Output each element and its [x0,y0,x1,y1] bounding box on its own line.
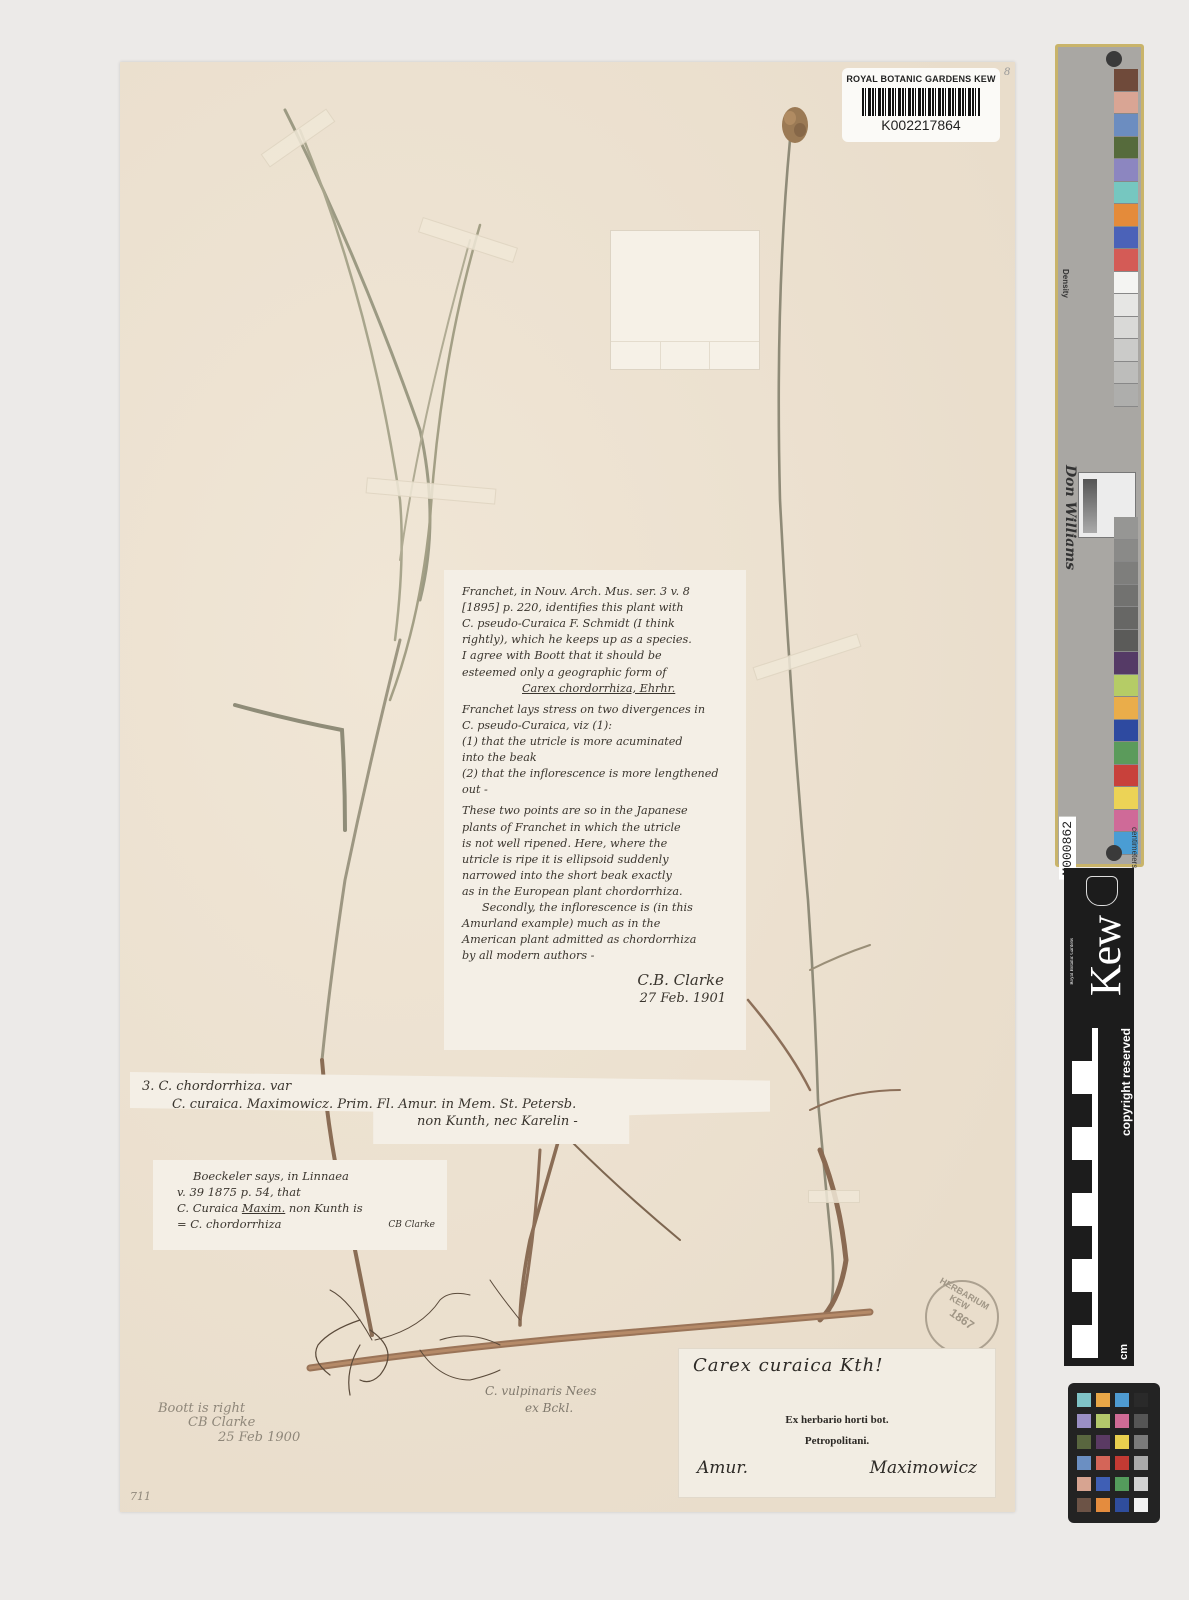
locality: Amur. [697,1458,748,1478]
color-swatch [1114,137,1138,160]
kew-logo: Kew [1080,916,1131,996]
color-swatch [1114,585,1138,608]
note-line: I agree with Boott that it should be [462,648,736,663]
barcode-number: K002217864 [842,117,1000,133]
color-swatch [1114,562,1138,585]
note-line: rightly), which he keeps up as a species… [462,632,736,647]
note-line: Secondly, the inflorescence is (in this [462,900,736,915]
brand-text: Don Williams [1062,465,1078,570]
density-label: Density [1061,269,1070,298]
collector: Maximowicz [870,1458,977,1478]
color-swatch [1114,765,1138,788]
color-swatch [1114,652,1138,675]
printed-origin: Ex herbario horti bot. Petropolitani. [693,1410,981,1452]
herbarium-stamp: HERBARIUM KEW 1867 [925,1280,999,1354]
note-line: is not well ripened. Here, where the [462,836,736,851]
color-swatch [1134,1393,1148,1407]
color-swatch [1114,742,1138,765]
note-line: (2) that the inflorescence is more lengt… [462,766,736,781]
boeckeler-line-4: = C. chordorrhiza CB Clarke [177,1216,435,1232]
color-swatch [1114,249,1138,272]
packet-flap [611,341,759,369]
color-swatch [1096,1414,1110,1428]
fragment-packet[interactable] [610,230,760,370]
note-date: 27 Feb. 1901 [462,990,736,1008]
color-swatch [1114,159,1138,182]
pencil-number: 711 [130,1490,151,1503]
color-swatch [1134,1414,1148,1428]
note-line: American plant admitted as chordorrhiza [462,932,736,947]
color-swatch [1114,787,1138,810]
note-line: [1895] p. 220, identifies this plant wit… [462,600,736,615]
color-swatch [1115,1393,1129,1407]
note-line: esteemed only a geographic form of [462,665,736,680]
note-line-taxon: Carex chordorrhiza, Ehrhr. [462,681,736,696]
note-line: as in the European plant chordorrhiza. [462,884,736,899]
note-line: narrowed into the short beak exactly [462,868,736,883]
note-line: (1) that the utricle is more acuminated [462,734,736,749]
color-swatch [1115,1435,1129,1449]
color-swatch [1115,1414,1129,1428]
mounting-tape [808,1190,860,1203]
royal-crest-icon [1086,876,1118,906]
determination-label: Carex curaica Kth! Ex herbario horti bot… [678,1348,996,1498]
color-swatch [1114,272,1138,295]
color-swatch [1114,182,1138,205]
color-swatch [1114,294,1138,317]
color-patches-top [1114,69,1138,407]
boeckeler-note: Boeckeler says, in Linnaea v. 39 1875 p.… [153,1160,447,1250]
color-swatch [1096,1498,1110,1512]
color-swatch [1114,540,1138,563]
color-swatch [1077,1414,1091,1428]
boeckeler-signature: CB Clarke [388,1219,435,1232]
note-signature: C.B. Clarke [462,970,736,990]
note-line: Franchet, in Nouv. Arch. Mus. ser. 3 v. … [462,584,736,599]
color-swatch [1134,1435,1148,1449]
color-swatch [1114,317,1138,340]
copyright-text: copyright reserved [1119,1028,1133,1136]
note-line: Amurland example) much as in the [462,916,736,931]
kew-scale-bar: Royal Botanic Gardens Kew copyright rese… [1064,868,1134,1366]
color-swatch [1114,517,1138,540]
note-line: C. pseudo-Curaica F. Schmidt (I think [462,616,736,631]
note-line: plants of Franchet in which the utricle [462,820,736,835]
color-swatch [1114,362,1138,385]
color-swatch [1115,1477,1129,1491]
color-swatch [1115,1498,1129,1512]
units-bottom: centimeters [1130,827,1139,868]
color-swatch [1096,1435,1110,1449]
color-swatch [1096,1477,1110,1491]
pencil-annotation-clarke: Boott is right CB Clarke 25 Feb 1900 [158,1402,300,1445]
registration-dot [1106,845,1122,861]
color-swatch [1114,339,1138,362]
color-swatch [1096,1393,1110,1407]
registration-dot [1106,51,1122,67]
note-line: into the beak [462,750,736,765]
clarke-annotation-note: Franchet, in Nouv. Arch. Mus. ser. 3 v. … [444,570,746,1050]
color-swatch [1114,607,1138,630]
color-swatch [1096,1456,1110,1470]
variety-line-1: 3. C. chordorrhiza. var [142,1078,758,1096]
color-calibration-bar: inches Density Don Williams M000862 cent… [1055,44,1144,867]
boeckeler-line-1: Boeckeler says, in Linnaea [177,1168,435,1184]
scale-unit: cm [1118,1344,1130,1360]
barcode-label: ROYAL BOTANIC GARDENS KEW K002217864 [842,68,1000,142]
color-swatch [1077,1498,1091,1512]
note-line: utricle is ripe it is ellipsoid suddenly [462,852,736,867]
color-swatch [1077,1393,1091,1407]
color-swatch [1114,630,1138,653]
color-swatch [1077,1456,1091,1470]
color-swatch [1114,69,1138,92]
color-swatch [1114,384,1138,407]
boeckeler-line-3: C. Curaica Maxim. non Kunth is [177,1200,435,1216]
color-swatch [1114,720,1138,743]
kew-subtitle: Royal Botanic Gardens [1070,938,1075,985]
color-swatch [1134,1498,1148,1512]
color-swatch [1134,1456,1148,1470]
locality-collector: Amur. Maximowicz [693,1458,981,1478]
color-swatch [1077,1435,1091,1449]
color-checker-card [1068,1383,1160,1523]
color-swatch [1115,1456,1129,1470]
sheet-number: 8 [1004,64,1010,79]
barcode [862,88,980,116]
color-patches-bottom [1114,517,1138,855]
pencil-annotation-vulpinaris: C. vulpinaris Nees ex Bckl. [485,1383,597,1418]
note-line: C. pseudo-Curaica, viz (1): [462,718,736,733]
color-swatch [1114,675,1138,698]
color-swatch [1114,204,1138,227]
note-line: These two points are so in the Japanese [462,803,736,818]
color-swatch [1077,1477,1091,1491]
cm-scale [1072,1028,1098,1358]
color-swatch [1114,92,1138,115]
note-line: out - [462,782,736,797]
boeckeler-line-2: v. 39 1875 p. 54, that [177,1184,435,1200]
color-swatch [1134,1477,1148,1491]
institution-name: ROYAL BOTANIC GARDENS KEW [842,74,1000,84]
note-line: by all modern authors - [462,948,736,963]
color-swatch [1114,114,1138,137]
color-swatch [1114,697,1138,720]
color-swatch [1114,227,1138,250]
note-line: Franchet lays stress on two divergences … [462,702,736,717]
taxon-name: Carex curaica Kth! [693,1355,981,1376]
